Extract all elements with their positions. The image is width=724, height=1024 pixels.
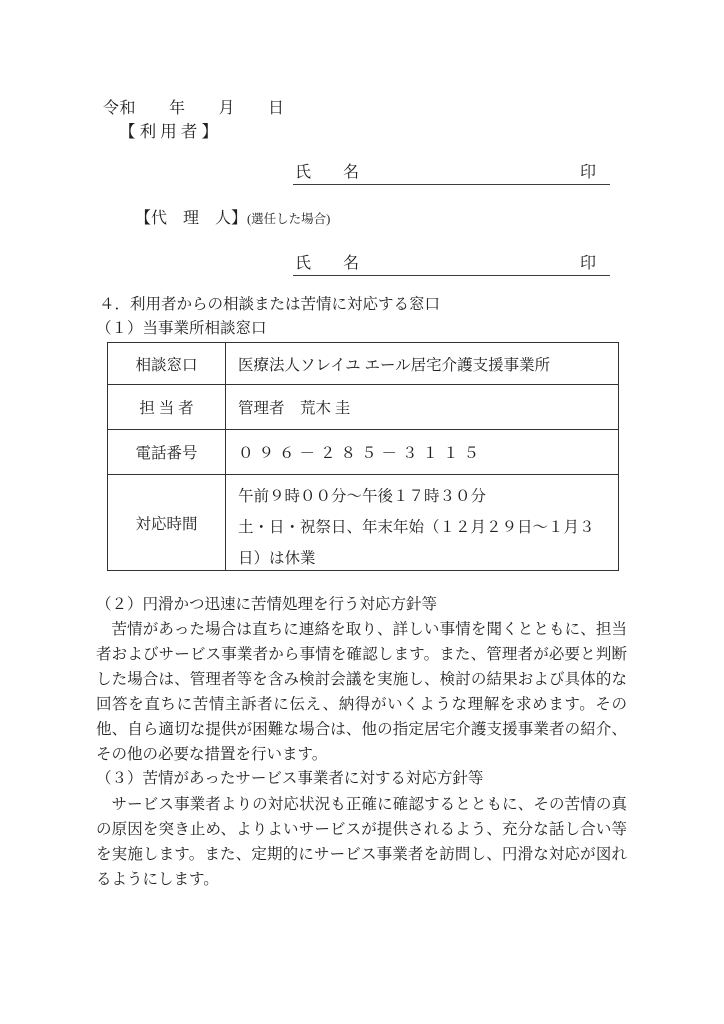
agent-note: (選任した場合) [247, 212, 330, 226]
row-value: 管理者 荒木 圭 [226, 385, 618, 429]
table-row-consultation-window: 相談窓口 医療法人ソレイユ エール居宅介護支援事業所 [108, 343, 618, 384]
row-value-text: ０９６－２８５－３１１５ [238, 441, 610, 463]
hours-line: 午前９時００分～午後１７時３０分 [238, 481, 610, 512]
row-value: 医療法人ソレイユ エール居宅介護支援事業所 [226, 343, 618, 384]
date-line: 令和 年 月 日 [103, 100, 285, 118]
agent-bracket-label: 【代 理 人】 [135, 210, 247, 227]
subsection-3-heading: （３）苦情があったサービス事業者に対する対応方針等 [96, 770, 483, 788]
row-value: ０９６－２８５－３１１５ [226, 430, 618, 474]
row-label: 対応時間 [108, 475, 226, 570]
signature-line-user: 氏 名 印 [293, 160, 610, 185]
consultation-window-table: 相談窓口 医療法人ソレイユ エール居宅介護支援事業所 担 当 者 管理者 荒木 … [107, 342, 619, 571]
name-field-label: 氏 名 [295, 254, 359, 274]
name-field-label: 氏 名 [295, 163, 359, 183]
section-4-heading: ４．利用者からの相談または苦情に対応する窓口 [99, 296, 440, 314]
row-value-text: 管理者 荒木 圭 [238, 396, 610, 418]
holiday-line: 土・日・祝祭日、年末年始（１２月２９日～１月３日）は休業 [238, 512, 610, 574]
row-label: 担 当 者 [108, 385, 226, 429]
seal-label: 印 [580, 254, 596, 274]
signature-line-agent: 氏 名 印 [293, 251, 610, 276]
document-page: 令和 年 月 日 【 利 用 者 】 氏 名 印 【代 理 人】(選任した場合)… [0, 0, 724, 1024]
subsection-1-heading: （１）当事業所相談窓口 [96, 320, 267, 338]
table-row-business-hours: 対応時間 午前９時００分～午後１７時３０分 土・日・祝祭日、年末年始（１２月２９… [108, 474, 618, 570]
user-section-label: 【 利 用 者 】 [119, 122, 218, 141]
seal-label: 印 [580, 163, 596, 183]
row-label: 電話番号 [108, 430, 226, 474]
subsection-3-paragraph: サービス事業者よりの対応状況も正確に確認するとともに、その苦情の真の原因を突き止… [96, 792, 627, 892]
row-label: 相談窓口 [108, 343, 226, 384]
table-row-person-in-charge: 担 当 者 管理者 荒木 圭 [108, 384, 618, 429]
agent-section-label: 【代 理 人】(選任した場合) [135, 209, 330, 229]
subsection-2-heading: （２）円滑かつ迅速に苦情処理を行う対応方針等 [96, 596, 437, 614]
subsection-2-paragraph: 苦情があった場合は直ちに連絡を取り、詳しい事情を聞くとともに、担当者およびサービ… [96, 617, 627, 767]
row-value-text: 医療法人ソレイユ エール居宅介護支援事業所 [238, 353, 610, 375]
table-row-phone-number: 電話番号 ０９６－２８５－３１１５ [108, 429, 618, 474]
row-value: 午前９時００分～午後１７時３０分 土・日・祝祭日、年末年始（１２月２９日～１月３… [226, 475, 618, 570]
